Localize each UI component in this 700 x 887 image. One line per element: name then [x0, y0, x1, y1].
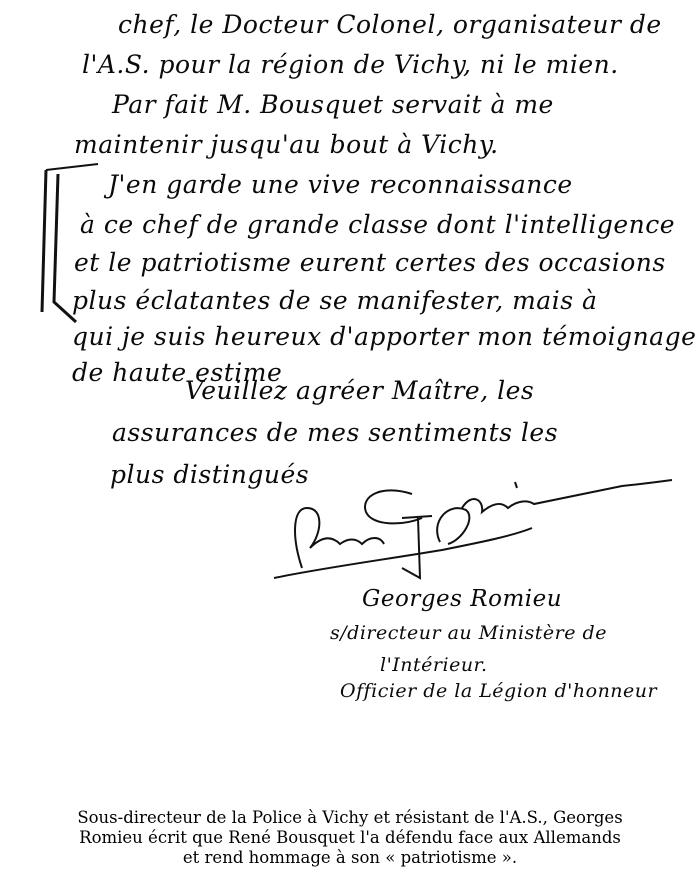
signatory-title-line-2: l'Intérieur.	[380, 656, 488, 675]
letter-line-4: maintenir jusqu'au bout à Vichy.	[74, 132, 499, 157]
letter-line-3: Par fait M. Bousquet servait à me	[112, 92, 554, 117]
signatory-title-line-1: s/directeur au Ministère de	[330, 624, 607, 643]
letter-line-5: J'en garde une vive reconnaissance	[108, 172, 573, 197]
margin-bracket-mark	[38, 162, 108, 342]
photo-caption: Sous-directeur de la Police à Vichy et r…	[0, 808, 700, 868]
signatory-title-line-3: Officier de la Légion d'honneur	[340, 682, 657, 701]
signature-flourish	[262, 478, 682, 588]
caption-line-2: Romieu écrit que René Bousquet l'a défen…	[0, 828, 700, 848]
caption-line-3: et rend hommage à son « patriotisme ».	[0, 848, 700, 868]
letter-line-8: plus éclatantes de se manifester, mais à	[72, 288, 597, 313]
signatory-name: Georges Romieu	[362, 588, 562, 611]
caption-line-1: Sous-directeur de la Police à Vichy et r…	[0, 808, 700, 828]
scanned-letter-page: chef, le Docteur Colonel, organisateur d…	[0, 0, 700, 887]
closing-line-2: assurances de mes sentiments les	[112, 420, 558, 445]
letter-line-1: chef, le Docteur Colonel, organisateur d…	[118, 12, 662, 37]
letter-line-6: à ce chef de grande classe dont l'intell…	[80, 212, 675, 237]
letter-line-7: et le patriotisme eurent certes des occa…	[74, 250, 666, 275]
letter-line-2: l'A.S. pour la région de Vichy, ni le mi…	[82, 52, 619, 77]
closing-line-1: Veuillez agréer Maître, les	[185, 378, 534, 403]
letter-line-9: qui je suis heureux d'apporter mon témoi…	[72, 324, 696, 349]
